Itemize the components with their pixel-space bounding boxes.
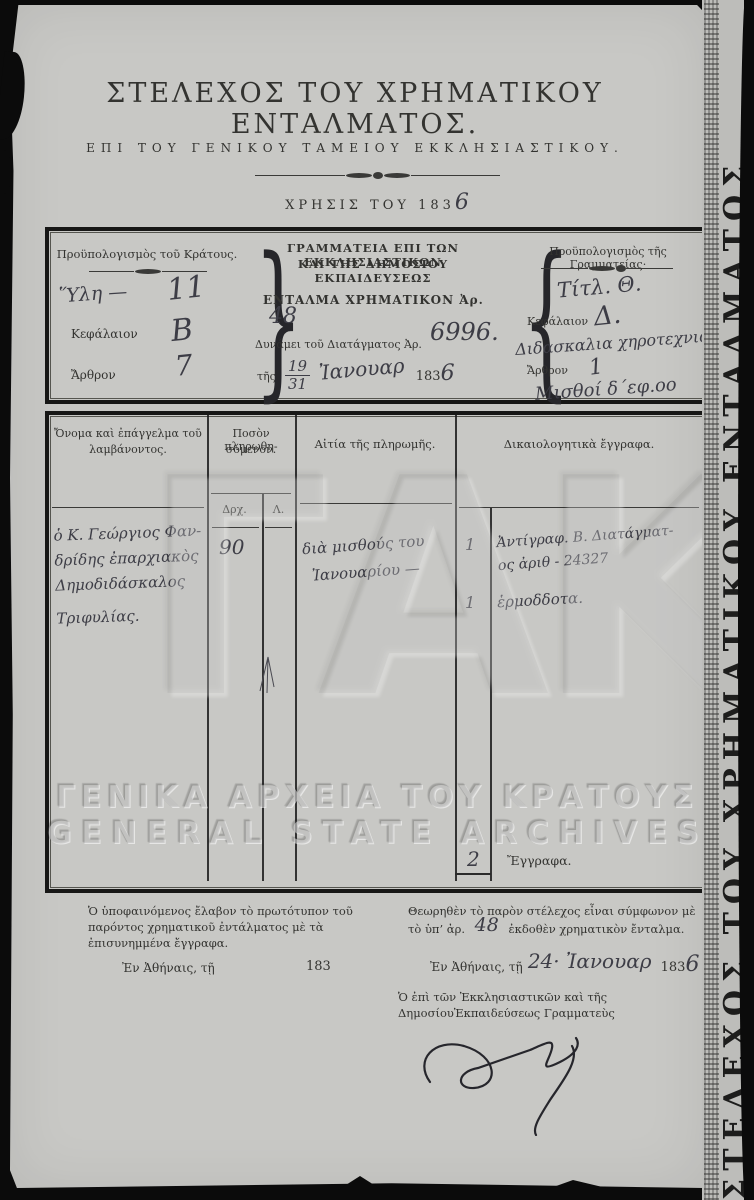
left-place-date: Ἐν Ἀθήναις, τῇ [122,961,215,975]
state-budget-heading: Προϋπολογισμὸς τοῦ Κράτους. [55,247,239,261]
decree-label: Δυνάμει τοῦ Διατάγματος Ἀρ. [255,338,422,351]
state-budget-row-value: 7 [173,348,194,383]
state-budget-row-value: 11 [165,269,207,308]
state-budget-row-label: Ἄρθρον [71,368,116,382]
date-day-old-style: 19 [285,359,310,376]
secretariat-line2: ΚΑΙ ΤΗΣ ΔΗΜΟΣΙΟΥ ΕΚΠΑΙΔΕΥΣΕΩΣ [247,257,499,285]
header-boxes-frame: Προϋπολογισμὸς τοῦ Κράτους. Ὕλη — 11 Κεφ… [45,227,709,404]
state-budget-row-label: Κεφάλαιον [71,327,138,341]
secretariat-budget-article-label: Ἄρθρον [527,364,568,377]
secretariat-budget-chapter-label: Κεφάλαιον [527,315,588,328]
document-title: ΣΤΕΛΕΧΟΣ ΤΟΥ ΧΡΗΜΑΤΙΚΟΥ ΕΝΤΑΛΜΑΤΟΣ. [40,78,670,140]
decree-number-line: Δυνάμει τοῦ Διατάγματος Ἀρ. 6996. [255,326,515,354]
archive-watermark-greek: ΓΕΝΙΚΑ ΑΡΧΕΙΑ ΤΟΥ ΚΡΑΤΟΥΣ [40,779,714,815]
total-documents-label: Ἔγγραφα. [507,853,572,868]
verified-warrant-number-handwritten: 48 [475,914,499,936]
total-underline [455,873,491,875]
date-year-printed: 183 [416,369,441,384]
usage-line: ΧΡΗΣΙΣ ΤΟΥ 1836 [0,190,754,215]
archive-watermark-english: GENERAL STATE ARCHIVES [40,815,714,851]
right-place-date: Ἐν Ἀθήναις, τῇ 24· Ἰανουαρ 1836 [430,952,699,977]
ornamental-border-band [704,0,719,1200]
date-month-handwritten: Ἰανουαρ [318,353,405,384]
decree-number-handwritten: 6996. [430,318,499,346]
right-year-handwritten: 6 [685,952,699,977]
document-subtitle: ΕΠΙ ΤΟΥ ΓΕΝΙΚΟΥ ΤΑΜΕΙΟΥ ΕΚΚΛΗΣΙΑΣΤΙΚΟΥ. [60,141,650,155]
verification-clause: Θεωρηθὲν τὸ παρὸν στέλεχος εἶναι σύμφωνο… [408,903,708,937]
scan-right-edge [738,0,754,1200]
date-year-handwritten: 6 [441,361,455,386]
left-year-printed: 183 [306,959,331,974]
usage-label: ΧΡΗΣΙΣ ΤΟΥ 183 [285,198,455,213]
date-prefix: τῆς [257,370,276,383]
scanned-document-page: ΣΤΕΛΕΧΟΣ ΤΟΥ ΧΡΗΜΑΤΙΚΟΥ ΕΝΤΑΛΜΑΤΟΣ. ΕΠΙ … [0,0,754,1200]
right-year-printed: 183 [661,960,686,975]
divider-ornament [541,265,673,272]
state-budget-row-label: Ὕλη — [58,281,128,308]
receipt-clause: Ὁ ὑποφαινόμενος ἔλαβον τὸ πρωτότυπον τοῦ… [88,903,398,951]
right-date-handwritten: 24· Ἰανουαρ [528,949,652,973]
date-day-new-style: 31 [285,376,310,392]
usage-year-handwritten: 6 [455,190,469,215]
torn-edge-artifact [0,150,12,194]
decree-date-line: τῆς 19 31 Ἰανουαρ 1836 [257,359,517,392]
divider-ornament [255,172,500,179]
state-budget-row-value: Β [169,312,195,349]
date-fraction: 19 31 [285,359,310,392]
secretariat-budget-chapter-value: Δ. [593,300,623,333]
secretariat-budget-article-value: 1 [587,354,604,381]
archive-emblem-watermark: ΓΑΚ [140,440,720,740]
signature [412,1016,652,1136]
